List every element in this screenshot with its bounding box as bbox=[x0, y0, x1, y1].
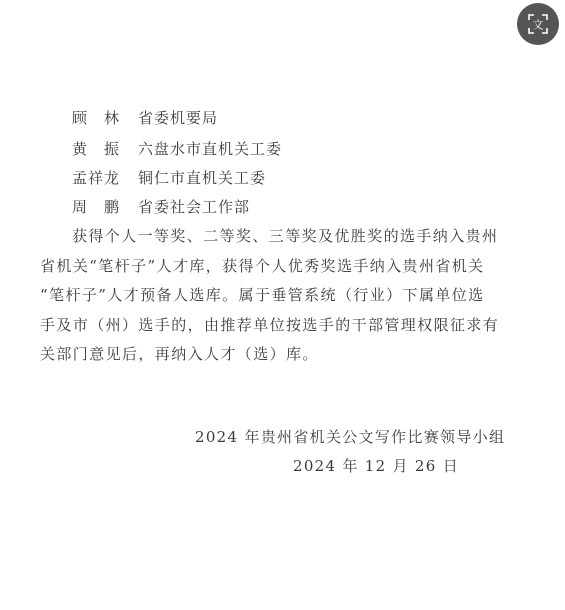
translate-button[interactable]: 文 bbox=[517, 3, 559, 45]
signature-date: 2024 年 12 月 26 日 bbox=[293, 455, 459, 477]
member-name: 周鹏 bbox=[72, 196, 138, 218]
member-org: 六盘水市直机关工委 bbox=[138, 140, 282, 158]
paragraph-line: “笔杆子”人才预备人选库。属于垂管系统（行业）下属单位选 bbox=[40, 281, 502, 311]
member-name: 孟祥龙 bbox=[72, 167, 138, 189]
member-org: 省委机要局 bbox=[138, 109, 218, 127]
paragraph-line: 获得个人一等奖、二等奖、三等奖及优胜奖的选手纳入贵州 bbox=[40, 222, 502, 252]
member-org: 省委社会工作部 bbox=[138, 198, 250, 216]
member-name: 顾林 bbox=[72, 107, 138, 129]
body-paragraph: 获得个人一等奖、二等奖、三等奖及优胜奖的选手纳入贵州 省机关“笔杆子”人才库，获… bbox=[40, 222, 502, 370]
signature-org: 2024 年贵州省机关公文写作比赛领导小组 bbox=[195, 426, 505, 448]
svg-text:文: 文 bbox=[533, 19, 544, 32]
member-name: 黄振 bbox=[72, 138, 138, 160]
paragraph-line: 省机关“笔杆子”人才库，获得个人优秀奖选手纳入贵州省机关 bbox=[40, 252, 502, 282]
translate-icon: 文 bbox=[526, 12, 550, 36]
document-page: 顾林省委机要局 黄振六盘水市直机关工委 孟祥龙铜仁市直机关工委 周鹏省委社会工作… bbox=[0, 0, 565, 610]
paragraph-line: 关部门意见后，再纳入人才（选）库。 bbox=[40, 340, 502, 370]
paragraph-line: 手及市（州）选手的，由推荐单位按选手的干部管理权限征求有 bbox=[40, 311, 502, 341]
member-row: 孟祥龙铜仁市直机关工委 bbox=[72, 167, 266, 189]
member-row: 顾林省委机要局 bbox=[72, 107, 218, 129]
member-row: 黄振六盘水市直机关工委 bbox=[72, 138, 282, 160]
member-org: 铜仁市直机关工委 bbox=[138, 169, 266, 187]
member-row: 周鹏省委社会工作部 bbox=[72, 196, 250, 218]
